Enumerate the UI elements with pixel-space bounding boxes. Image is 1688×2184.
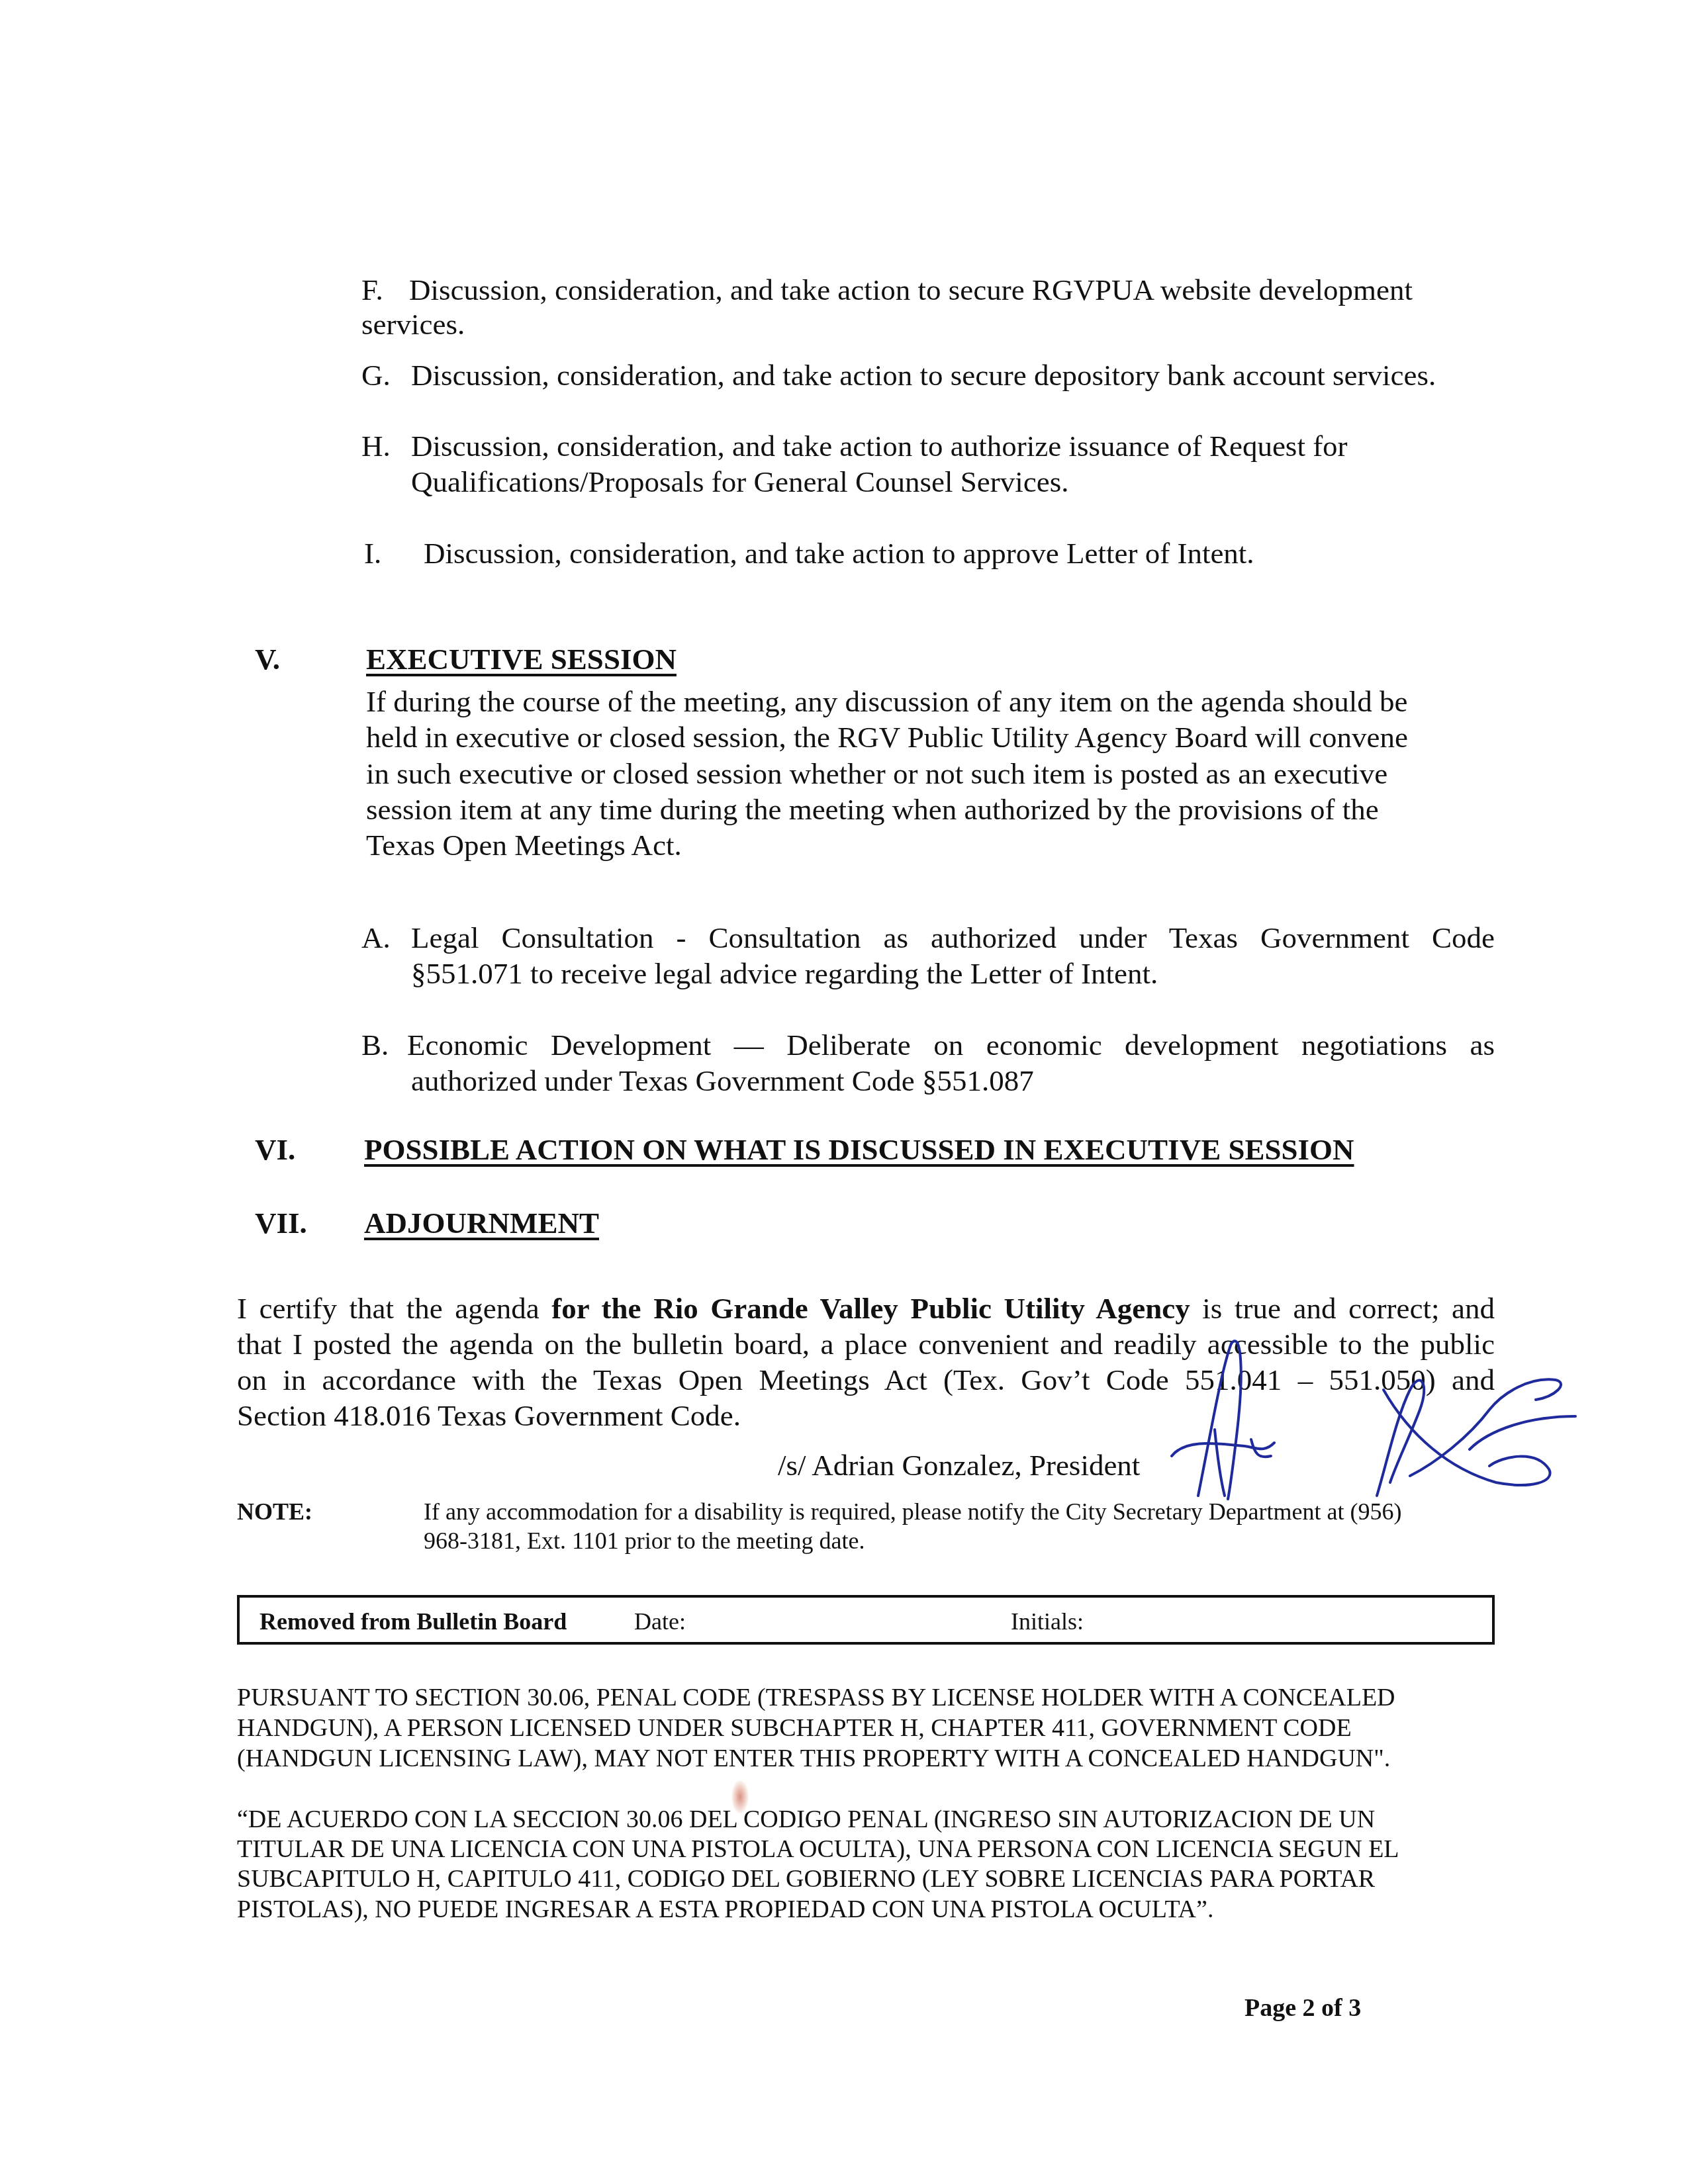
item-text: Discussion, consideration, and take acti…: [411, 358, 1436, 392]
signature-attribution: /s/ Adrian Gonzalez, President: [778, 1448, 1140, 1482]
item-text: Discussion, consideration, and take acti…: [409, 273, 1413, 307]
item-text: Qualifications/Proposals for General Cou…: [411, 465, 1069, 499]
bulletin-removal-box: Removed from Bulletin Board Date: Initia…: [237, 1595, 1495, 1645]
item-text: Legal Consultation - Consultation as aut…: [411, 921, 1495, 955]
initials-label: Initials:: [1011, 1608, 1084, 1635]
note-text: If any accommodation for a disability is…: [424, 1497, 1402, 1526]
certification-text: is true and correct; and: [1190, 1292, 1495, 1325]
item-text: Discussion, consideration, and take acti…: [424, 536, 1254, 570]
item-letter: I.: [364, 536, 381, 570]
note-text: 968-3181, Ext. 1101 prior to the meeting…: [424, 1526, 865, 1555]
agency-name: for the Rio Grande Valley Public Utility…: [551, 1292, 1190, 1325]
item-letter: B.: [361, 1028, 389, 1062]
notice-line: PURSUANT TO SECTION 30.06, PENAL CODE (T…: [237, 1682, 1395, 1713]
section-paragraph-line: held in executive or closed session, the…: [366, 720, 1408, 754]
item-text: services.: [361, 307, 465, 341]
notice-line: HANDGUN), A PERSON LICENSED UNDER SUBCHA…: [237, 1713, 1352, 1743]
item-letter: G.: [361, 358, 391, 392]
section-title: POSSIBLE ACTION ON WHAT IS DISCUSSED IN …: [364, 1132, 1354, 1167]
item-letter: F.: [361, 273, 383, 307]
section-numeral: V.: [255, 642, 280, 676]
section-paragraph-line: Texas Open Meetings Act.: [366, 828, 682, 862]
page-number: Page 2 of 3: [1244, 1991, 1361, 2025]
section-paragraph-line: in such executive or closed session whet…: [366, 756, 1387, 791]
item-letter: A.: [361, 921, 391, 955]
notice-line: “DE ACUERDO CON LA SECCION 30.06 DEL COD…: [237, 1804, 1375, 1835]
certification-text: I certify that the agenda: [237, 1292, 551, 1325]
item-text: §551.071 to receive legal advice regardi…: [411, 956, 1158, 991]
item-text: Economic Development — Deliberate on eco…: [407, 1028, 1495, 1062]
item-letter: H.: [361, 429, 391, 463]
item-text: Discussion, consideration, and take acti…: [411, 429, 1348, 463]
notice-line: TITULAR DE UNA LICENCIA CON UNA PISTOLA …: [237, 1834, 1399, 1864]
section-title: EXECUTIVE SESSION: [366, 642, 677, 676]
section-paragraph-line: If during the course of the meeting, any…: [366, 684, 1407, 719]
section-numeral: VI.: [255, 1132, 295, 1167]
notice-line: (HANDGUN LICENSING LAW), MAY NOT ENTER T…: [237, 1743, 1390, 1774]
certification-line: Section 418.016 Texas Government Code.: [237, 1398, 741, 1433]
section-numeral: VII.: [255, 1206, 307, 1240]
certification-line: I certify that the agenda for the Rio Gr…: [237, 1291, 1495, 1326]
section-title: ADJOURNMENT: [364, 1206, 599, 1240]
notice-line: SUBCAPITULO H, CAPITULO 411, CODIGO DEL …: [237, 1864, 1375, 1894]
removal-label: Removed from Bulletin Board: [259, 1608, 567, 1635]
section-paragraph-line: session item at any time during the meet…: [366, 792, 1379, 827]
date-label: Date:: [634, 1608, 686, 1635]
note-label: NOTE:: [237, 1497, 312, 1526]
notice-line: PISTOLAS), NO PUEDE INGRESAR A ESTA PROP…: [237, 1894, 1213, 1925]
item-text: authorized under Texas Government Code §…: [411, 1064, 1034, 1098]
